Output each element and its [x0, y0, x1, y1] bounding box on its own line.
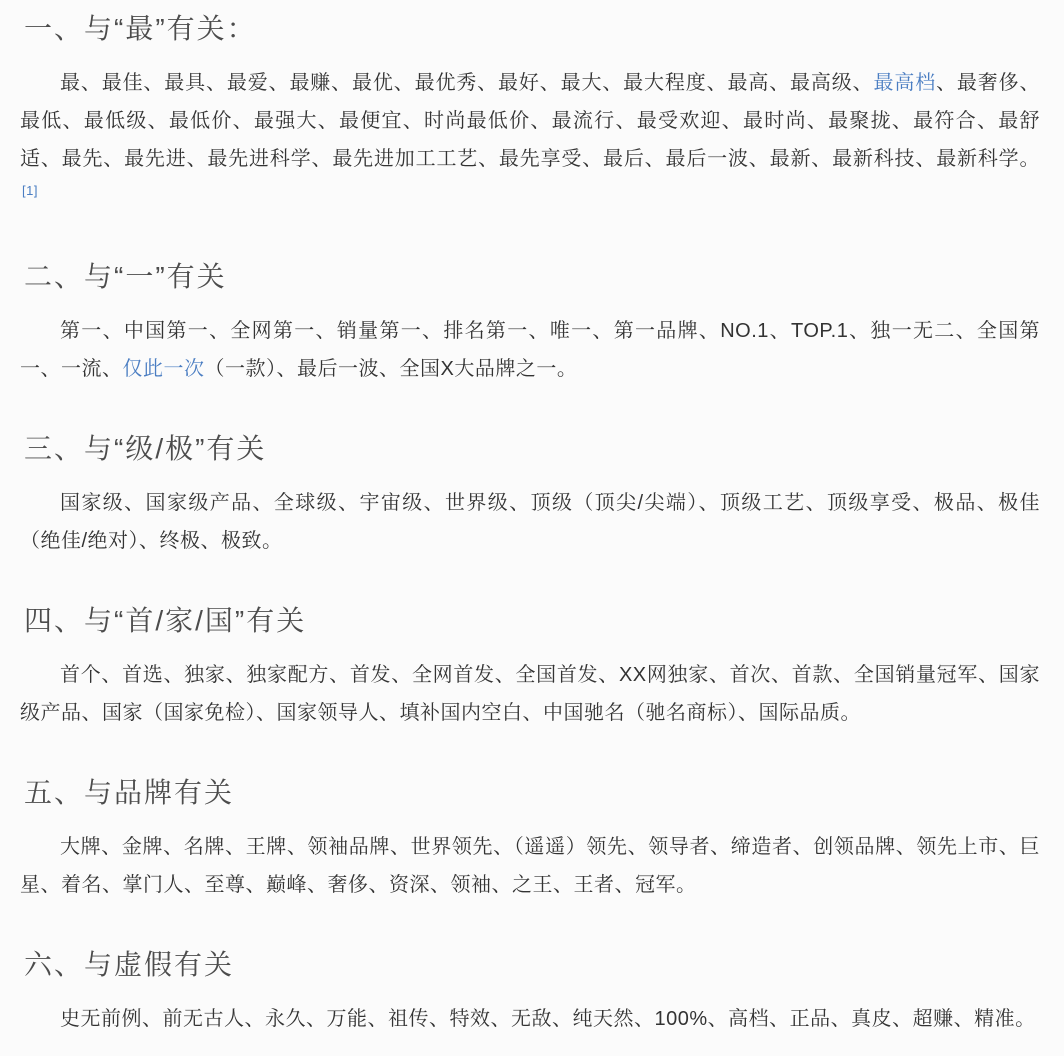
section-body: 史无前例、前无古人、永久、万能、祖传、特效、无敌、纯天然、100%、高档、正品、… — [20, 1000, 1040, 1038]
section-heading: 二、与“一”有关 — [24, 260, 1040, 294]
section-heading: 六、与虚假有关 — [24, 948, 1040, 982]
body-text: 最、最佳、最具、最爱、最赚、最优、最优秀、最好、最大、最大程度、最高、最高级、 — [60, 72, 874, 94]
citation-ref[interactable]: [1] — [22, 183, 38, 198]
body-text: 史无前例、前无古人、永久、万能、祖传、特效、无敌、纯天然、100%、高档、正品、… — [60, 1008, 1036, 1030]
section-body: 大牌、金牌、名牌、王牌、领袖品牌、世界领先、（遥遥）领先、领导者、缔造者、创领品… — [20, 828, 1040, 904]
section-heading: 四、与“首/家/国”有关 — [24, 604, 1040, 638]
section-yi: 二、与“一”有关 第一、中国第一、全网第一、销量第一、排名第一、唯一、第一品牌、… — [20, 260, 1040, 388]
body-text: 首个、首选、独家、独家配方、首发、全网首发、全国首发、XX网独家、首次、首款、全… — [20, 664, 1040, 724]
section-heading: 三、与“级/极”有关 — [24, 432, 1040, 466]
section-body: 最、最佳、最具、最爱、最赚、最优、最优秀、最好、最大、最大程度、最高、最高级、最… — [20, 64, 1040, 216]
section-body: 国家级、国家级产品、全球级、宇宙级、世界级、顶级（顶尖/尖端）、顶级工艺、顶级享… — [20, 484, 1040, 560]
section-pinpai: 五、与品牌有关 大牌、金牌、名牌、王牌、领袖品牌、世界领先、（遥遥）领先、领导者… — [20, 776, 1040, 904]
body-text: （一款）、最后一波、全国X大品牌之一。 — [205, 358, 578, 380]
article-page: 一、与“最”有关： 最、最佳、最具、最爱、最赚、最优、最优秀、最好、最大、最大程… — [0, 0, 1064, 1056]
section-xujia: 六、与虚假有关 史无前例、前无古人、永久、万能、祖传、特效、无敌、纯天然、100… — [20, 948, 1040, 1038]
section-body: 首个、首选、独家、独家配方、首发、全网首发、全国首发、XX网独家、首次、首款、全… — [20, 656, 1040, 732]
section-zui: 一、与“最”有关： 最、最佳、最具、最爱、最赚、最优、最优秀、最好、最大、最大程… — [20, 12, 1040, 216]
section-heading: 一、与“最”有关： — [24, 12, 1040, 46]
body-text: 国家级、国家级产品、全球级、宇宙级、世界级、顶级（顶尖/尖端）、顶级工艺、顶级享… — [20, 492, 1040, 552]
section-ji: 三、与“级/极”有关 国家级、国家级产品、全球级、宇宙级、世界级、顶级（顶尖/尖… — [20, 432, 1040, 560]
section-body: 第一、中国第一、全网第一、销量第一、排名第一、唯一、第一品牌、NO.1、TOP.… — [20, 312, 1040, 388]
section-heading: 五、与品牌有关 — [24, 776, 1040, 810]
term-link-jincieyici[interactable]: 仅此一次 — [123, 358, 205, 380]
body-text: 大牌、金牌、名牌、王牌、领袖品牌、世界领先、（遥遥）领先、领导者、缔造者、创领品… — [20, 836, 1040, 896]
section-shou-jia-guo: 四、与“首/家/国”有关 首个、首选、独家、独家配方、首发、全网首发、全国首发、… — [20, 604, 1040, 732]
term-link-zuigaodang[interactable]: 最高档 — [874, 72, 937, 94]
citation-ref-link[interactable]: [1] — [22, 183, 38, 198]
